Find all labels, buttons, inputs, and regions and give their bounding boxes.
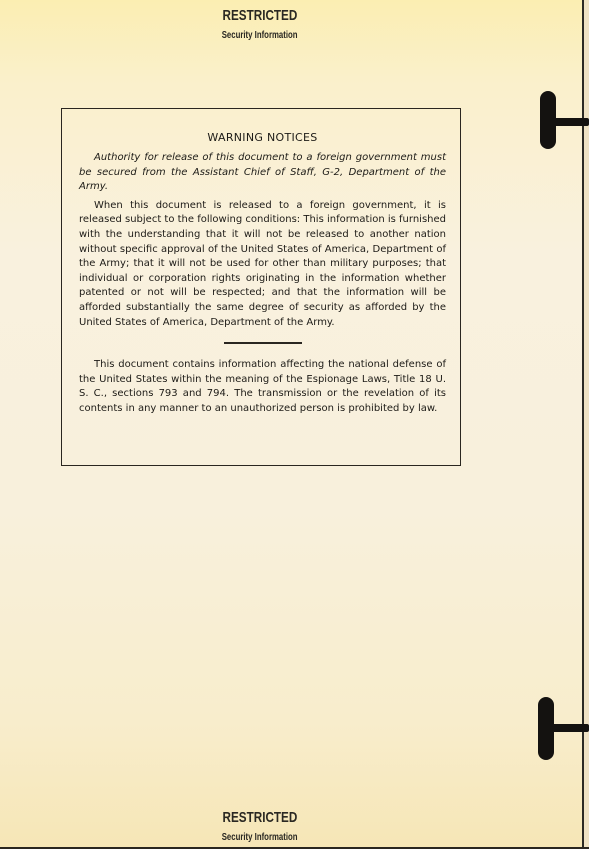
page-edge: [582, 0, 584, 849]
notice-paragraph-conditions: When this document is released to a fore…: [79, 199, 446, 330]
classification-subtitle: Security Information: [222, 30, 298, 42]
classification-subtitle: Security Information: [222, 832, 298, 844]
notice-title: WARNING NOTICES: [79, 131, 446, 144]
section-divider: [224, 342, 302, 344]
classification-label: RESTRICTED: [223, 810, 298, 826]
notice-paragraph-authority: Authority for release of this document t…: [79, 151, 446, 195]
footer-classification: RESTRICTED Security Information: [0, 809, 520, 845]
classification-label: RESTRICTED: [223, 8, 298, 24]
warning-notice-box: WARNING NOTICES Authority for release of…: [61, 108, 461, 466]
notice-paragraph-espionage: This document contains information affec…: [79, 358, 446, 416]
binding-clip-bar-icon: [550, 724, 589, 732]
binding-clip-bar-icon: [550, 118, 589, 126]
page-edge-shadow: [584, 0, 589, 849]
header-classification: RESTRICTED Security Information: [0, 7, 520, 43]
